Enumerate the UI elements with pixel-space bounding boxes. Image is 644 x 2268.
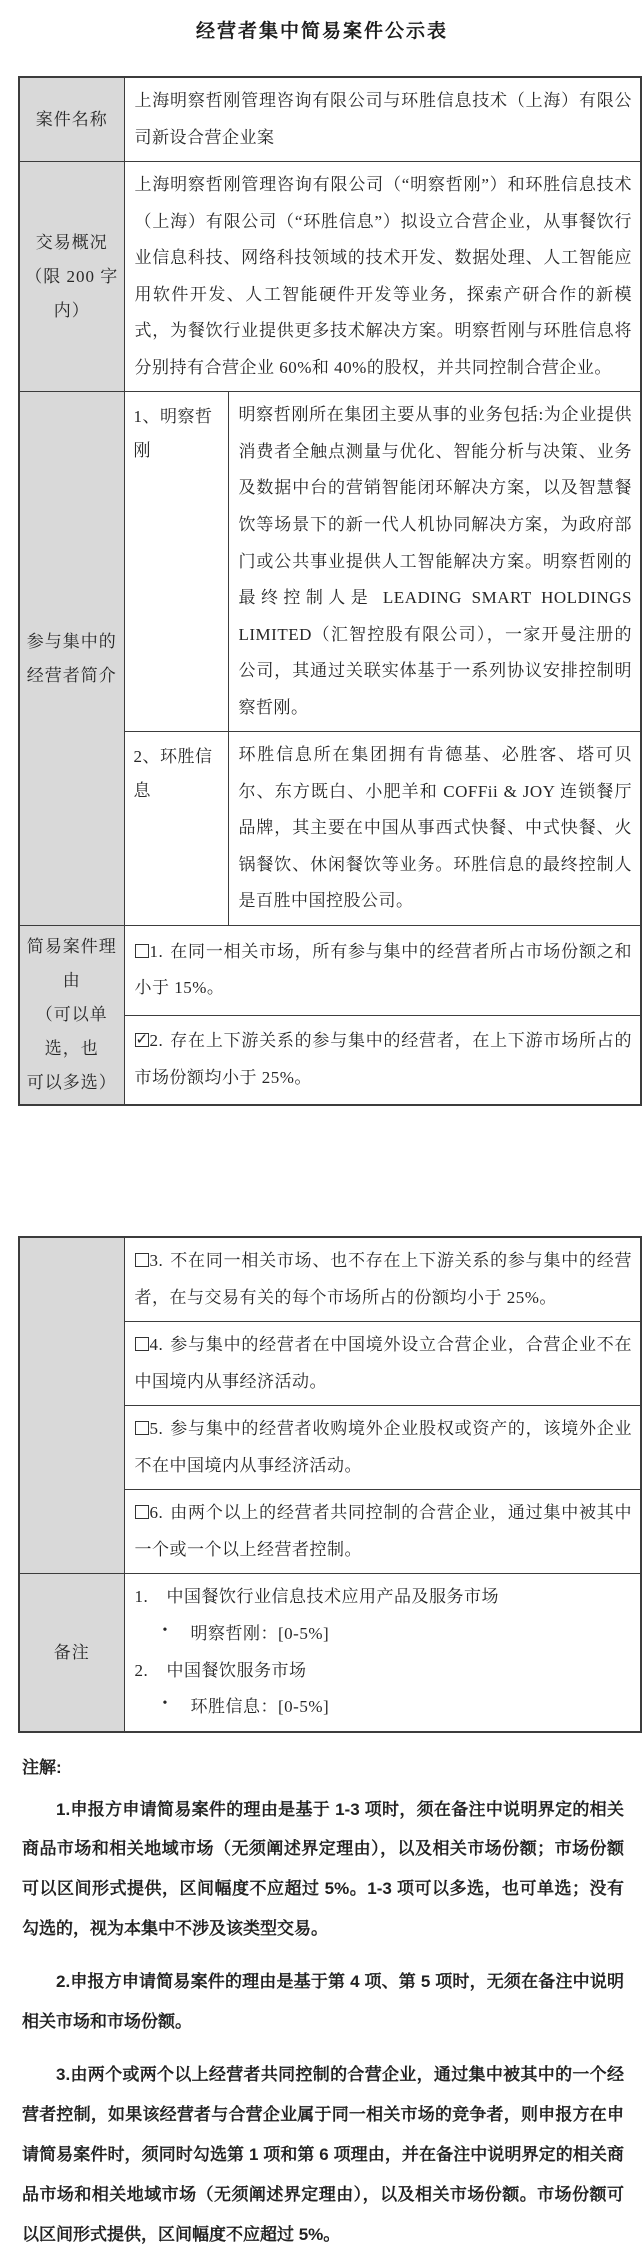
case-name-label: 案件名称 (19, 77, 124, 162)
checkbox-reason-4 (135, 1337, 149, 1351)
reason-1-text: 在同一相关市场，所有参与集中的经营者所占市场份额之和小于 15%。 (135, 942, 633, 998)
remark-share-1-text: 明察哲刚：[0-5%] (191, 1616, 330, 1653)
row-case-name: 案件名称 上海明察哲刚管理咨询有限公司与环胜信息技术（上海）有限公司新设合营企业… (19, 77, 641, 162)
bullet-icon: • (163, 1616, 191, 1646)
remark-market-2: 2. 中国餐饮服务市场 (135, 1653, 633, 1690)
row-remarks: 备注 1. 中国餐饮行业信息技术应用产品及服务市场 • 明察哲刚：[0-5%] … (19, 1574, 641, 1732)
main-table: 案件名称 上海明察哲刚管理咨询有限公司与环胜信息技术（上海）有限公司新设合营企业… (18, 76, 642, 1106)
checkbox-reason-1 (135, 944, 149, 958)
reason-3-number: 3. (150, 1251, 164, 1270)
checkbox-reason-3 (135, 1253, 149, 1267)
remark-2-text: 中国餐饮服务市场 (167, 1653, 307, 1690)
notes-heading: 注解: (22, 1748, 624, 1788)
party-1-desc: 明察哲刚所在集团主要从事的业务包括:为企业提供消费者全触点测量与优化、智能分析与… (228, 392, 641, 732)
note-paragraph-2: 2.申报方申请简易案件的理由是基于第 4 项、第 5 项时，无须在备注中说明相关… (22, 1962, 624, 2042)
remark-share-1: • 明察哲刚：[0-5%] (135, 1616, 633, 1653)
parties-label: 参与集中的 经营者简介 (19, 392, 124, 926)
reason-2-text: 存在上下游关系的参与集中的经营者，在上下游市场所占的市场份额均小于 25%。 (135, 1031, 633, 1087)
reason-5-text: 参与集中的经营者收购境外企业股权或资产的，该境外企业不在中国境内从事经济活动。 (135, 1419, 633, 1475)
remark-share-2: • 环胜信息：[0-5%] (135, 1689, 633, 1726)
reason-item-2: 2. 存在上下游关系的参与集中的经营者，在上下游市场所占的市场份额均小于 25%… (124, 1015, 641, 1105)
reason-item-4: 4. 参与集中的经营者在中国境外设立合营企业，合营企业不在中国境内从事经济活动。 (124, 1322, 641, 1406)
party-1-name: 1、明察哲刚 (124, 392, 228, 732)
remark-1-text: 中国餐饮行业信息技术应用产品及服务市场 (167, 1579, 500, 1616)
row-reason-1: 简易案件理由 （可以单选，也 可以多选） 1. 在同一相关市场，所有参与集中的经… (19, 926, 641, 1015)
reason-3-text: 不在同一相关市场、也不存在上下游关系的参与集中的经营者，在与交易有关的每个市场所… (135, 1251, 633, 1307)
remarks-value: 1. 中国餐饮行业信息技术应用产品及服务市场 • 明察哲刚：[0-5%] 2. … (124, 1574, 641, 1732)
row-party-1: 参与集中的 经营者简介 1、明察哲刚 明察哲刚所在集团主要从事的业务包括:为企业… (19, 392, 641, 732)
reason-item-3: 3. 不在同一相关市场、也不存在上下游关系的参与集中的经营者，在与交易有关的每个… (124, 1237, 641, 1322)
remark-2-marker: 2. (135, 1653, 167, 1690)
checkbox-reason-6 (135, 1505, 149, 1519)
reason-item-6: 6. 由两个以上的经营者共同控制的合营企业，通过集中被其中一个或一个以上经营者控… (124, 1490, 641, 1574)
continuation-table: 3. 不在同一相关市场、也不存在上下游关系的参与集中的经营者，在与交易有关的每个… (18, 1236, 642, 1733)
reasons-label: 简易案件理由 （可以单选，也 可以多选） (19, 926, 124, 1106)
notes-section: 注解: 1.申报方申请简易案件的理由是基于 1-3 项时，须在备注中说明界定的相… (22, 1748, 624, 2255)
transaction-value: 上海明察哲刚管理咨询有限公司（“明察哲刚”）和环胜信息技术（上海）有限公司（“环… (124, 162, 641, 392)
remarks-label: 备注 (19, 1574, 124, 1732)
checkbox-reason-2 (135, 1033, 149, 1047)
reason-1-number: 1. (150, 942, 164, 961)
checkbox-reason-5 (135, 1421, 149, 1435)
bullet-icon: • (163, 1689, 191, 1719)
reason-4-text: 参与集中的经营者在中国境外设立合营企业，合营企业不在中国境内从事经济活动。 (135, 1335, 633, 1391)
transaction-label: 交易概况 （限 200 字内） (19, 162, 124, 392)
party-2-name: 2、环胜信息 (124, 732, 228, 926)
row-reason-3: 3. 不在同一相关市场、也不存在上下游关系的参与集中的经营者，在与交易有关的每个… (19, 1237, 641, 1322)
note-paragraph-1: 1.申报方申请简易案件的理由是基于 1-3 项时，须在备注中说明界定的相关商品市… (22, 1790, 624, 1950)
party-2-desc: 环胜信息所在集团拥有肯德基、必胜客、塔可贝尔、东方既白、小肥羊和 COFFii … (228, 732, 641, 926)
document-page: 经营者集中简易案件公示表 案件名称 上海明察哲刚管理咨询有限公司与环胜信息技术（… (0, 0, 644, 2268)
remark-share-2-text: 环胜信息：[0-5%] (191, 1689, 330, 1726)
row-transaction: 交易概况 （限 200 字内） 上海明察哲刚管理咨询有限公司（“明察哲刚”）和环… (19, 162, 641, 392)
case-name-value: 上海明察哲刚管理咨询有限公司与环胜信息技术（上海）有限公司新设合营企业案 (124, 77, 641, 162)
reason-4-number: 4. (150, 1335, 164, 1354)
note-paragraph-3: 3.由两个或两个以上经营者共同控制的合营企业，通过集中被其中的一个经营者控制，如… (22, 2055, 624, 2255)
reason-6-text: 由两个以上的经营者共同控制的合营企业，通过集中被其中一个或一个以上经营者控制。 (135, 1503, 633, 1559)
reason-item-5: 5. 参与集中的经营者收购境外企业股权或资产的，该境外企业不在中国境内从事经济活… (124, 1406, 641, 1490)
reason-5-number: 5. (150, 1419, 164, 1438)
document-title: 经营者集中简易案件公示表 (0, 16, 644, 43)
remark-1-marker: 1. (135, 1579, 167, 1616)
reason-item-1: 1. 在同一相关市场，所有参与集中的经营者所占市场份额之和小于 15%。 (124, 926, 641, 1015)
reason-2-number: 2. (150, 1031, 164, 1050)
remark-market-1: 1. 中国餐饮行业信息技术应用产品及服务市场 (135, 1579, 633, 1616)
reasons-label-spacer (19, 1237, 124, 1574)
reason-6-number: 6. (150, 1503, 164, 1522)
